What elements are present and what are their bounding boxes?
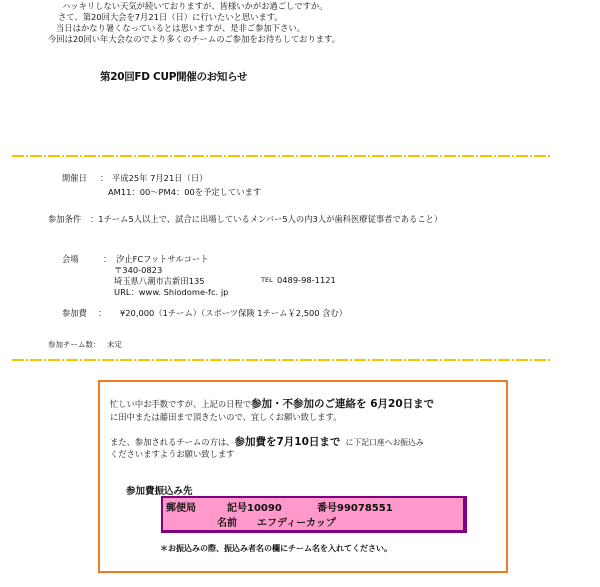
time-value: AM11：00～PM4：00を予定しています <box>108 186 261 198</box>
notice-text: 忙しい中お手数ですが、上記の日程で <box>110 399 251 409</box>
notice-text: に田中または藤田まで頂きたいので、宜しくお願い致します。 <box>110 411 342 423</box>
fee-label: 参加費 <box>62 307 87 319</box>
page-title: 第20回FD CUP開催のお知らせ <box>100 69 247 84</box>
notice-text: に下記口座へお振込み <box>346 438 424 447</box>
conditions-label: 参加条件 <box>48 213 81 225</box>
reply-deadline: 参加・不参加のご連絡を 6月20日まで <box>251 398 434 410</box>
teams-value: 未定 <box>107 339 122 350</box>
account-name-label: 名前 <box>217 514 237 529</box>
intro-line: 今回は20回い年大会なのでより多くのチームのご参加をお待ちしております。 <box>48 33 340 45</box>
fee-sep: ： <box>98 307 106 319</box>
account-name: エフディーカップ <box>257 514 336 529</box>
venue-tel: 0489-98-1121 <box>277 275 336 285</box>
fee-value: ¥20,000（1チーム）（スポーツ保険 1チーム￥2,500 含む） <box>120 307 347 319</box>
account-number: 番号99078551 <box>317 499 393 514</box>
bank-name: 郵便局 <box>166 499 196 514</box>
venue-sep: ： <box>103 253 111 265</box>
payment-deadline: 参加費を7月10日まで <box>234 436 340 448</box>
divider-dash-top <box>12 155 550 157</box>
notice-box: 忙しい中お手数ですが、上記の日程で参加・不参加のご連絡を 6月20日まで に田中… <box>98 380 508 573</box>
notice-text: くださいますようお願い致します <box>110 448 234 460</box>
notice-text: また、参加されるチームの方は、 <box>110 437 234 447</box>
date-sep: ： <box>100 172 108 184</box>
venue-label: 会場 <box>62 253 79 265</box>
divider-dash-bottom <box>12 359 550 361</box>
date-label: 開催日 <box>62 172 87 184</box>
teams-label: 参加チーム数： <box>48 339 101 350</box>
account-info-box: 郵便局 記号10090 番号99078551 名前 エフディーカップ <box>161 496 467 533</box>
notice-line-1: 忙しい中お手数ですが、上記の日程で参加・不参加のご連絡を 6月20日まで <box>110 396 434 411</box>
transfer-heading: 参加費振込み先 <box>126 483 193 497</box>
venue-url: URL：www. Shiodome-fc. jp <box>114 286 228 298</box>
conditions-value: ：1チーム5人以上で、試合に出場しているメンバー5人の内3人が歯科医療従事者であ… <box>90 213 442 225</box>
transfer-footnote: ＊お振込みの際、振込み者名の欄にチーム名を入れてください。 <box>160 543 392 554</box>
notice-line-2: また、参加されるチームの方は、参加費を7月10日まで に下記口座へお振込み <box>110 434 424 449</box>
tel-label: TEL <box>261 276 273 284</box>
date-value: 平成25年 7月21日（日） <box>112 172 207 184</box>
account-symbol: 記号10090 <box>227 499 282 514</box>
